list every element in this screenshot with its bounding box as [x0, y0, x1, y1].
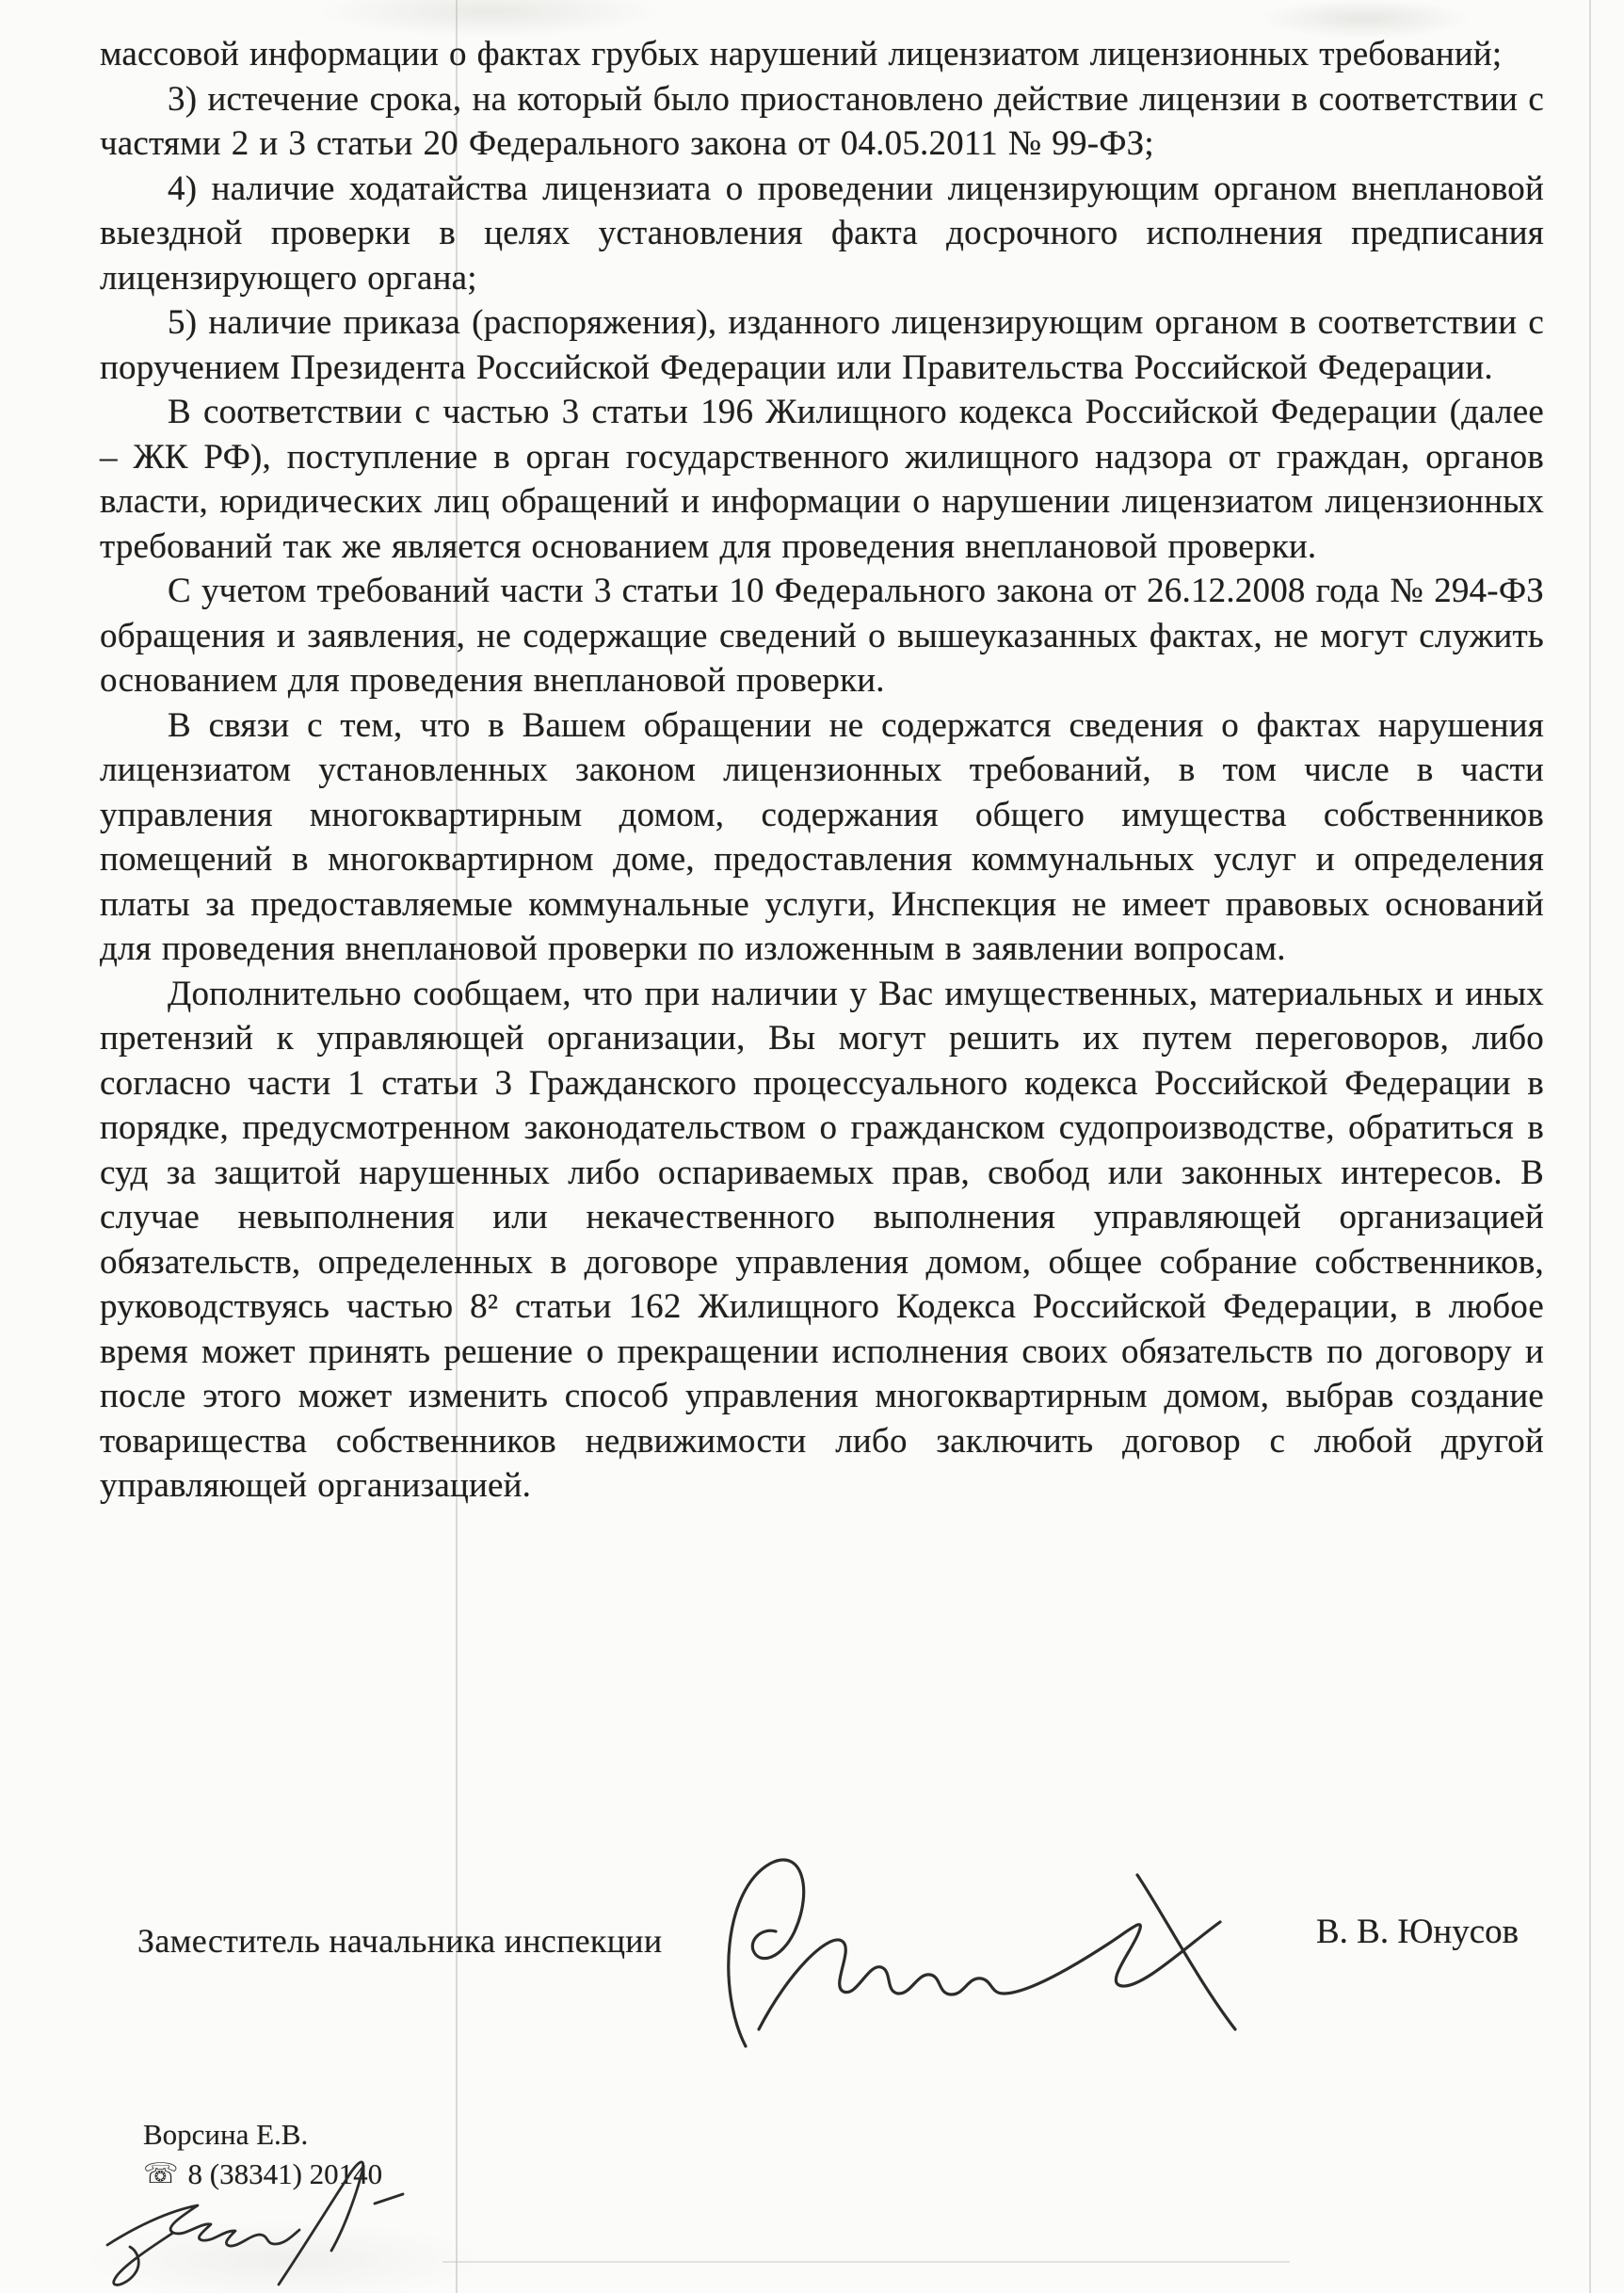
scan-edge-right [1589, 0, 1591, 2293]
scan-edge-bottom [442, 2261, 1290, 2263]
paragraph-additional-info: Дополнительно сообщаем, что при наличии … [100, 972, 1544, 1509]
scanned-letter-page: массовой информации о фактах грубых нару… [0, 0, 1624, 2293]
signature-image [697, 1841, 1252, 2067]
list-item-4: 4) наличие ходатайства лицензиата о пров… [100, 167, 1544, 301]
paragraph-zhk-rf: В соответствии с частью 3 статьи 196 Жил… [100, 390, 1544, 569]
executor-signature-image [92, 2145, 412, 2291]
letter-body: массовой информации о фактах грубых нару… [100, 32, 1544, 1509]
paragraph-294-fz: С учетом требований части 3 статьи 10 Фе… [100, 569, 1544, 703]
signatory-name: В. В. Юнусов [1316, 1912, 1519, 1952]
continuation-paragraph: массовой информации о фактах грубых нару… [100, 32, 1544, 77]
list-item-5: 5) наличие приказа (распоряжения), издан… [100, 300, 1544, 390]
signatory-title: Заместитель начальника инспекции [137, 1921, 662, 1961]
list-item-3: 3) истечение срока, на который было прио… [100, 77, 1544, 167]
paragraph-no-grounds: В связи с тем, что в Вашем обращении не … [100, 703, 1544, 972]
